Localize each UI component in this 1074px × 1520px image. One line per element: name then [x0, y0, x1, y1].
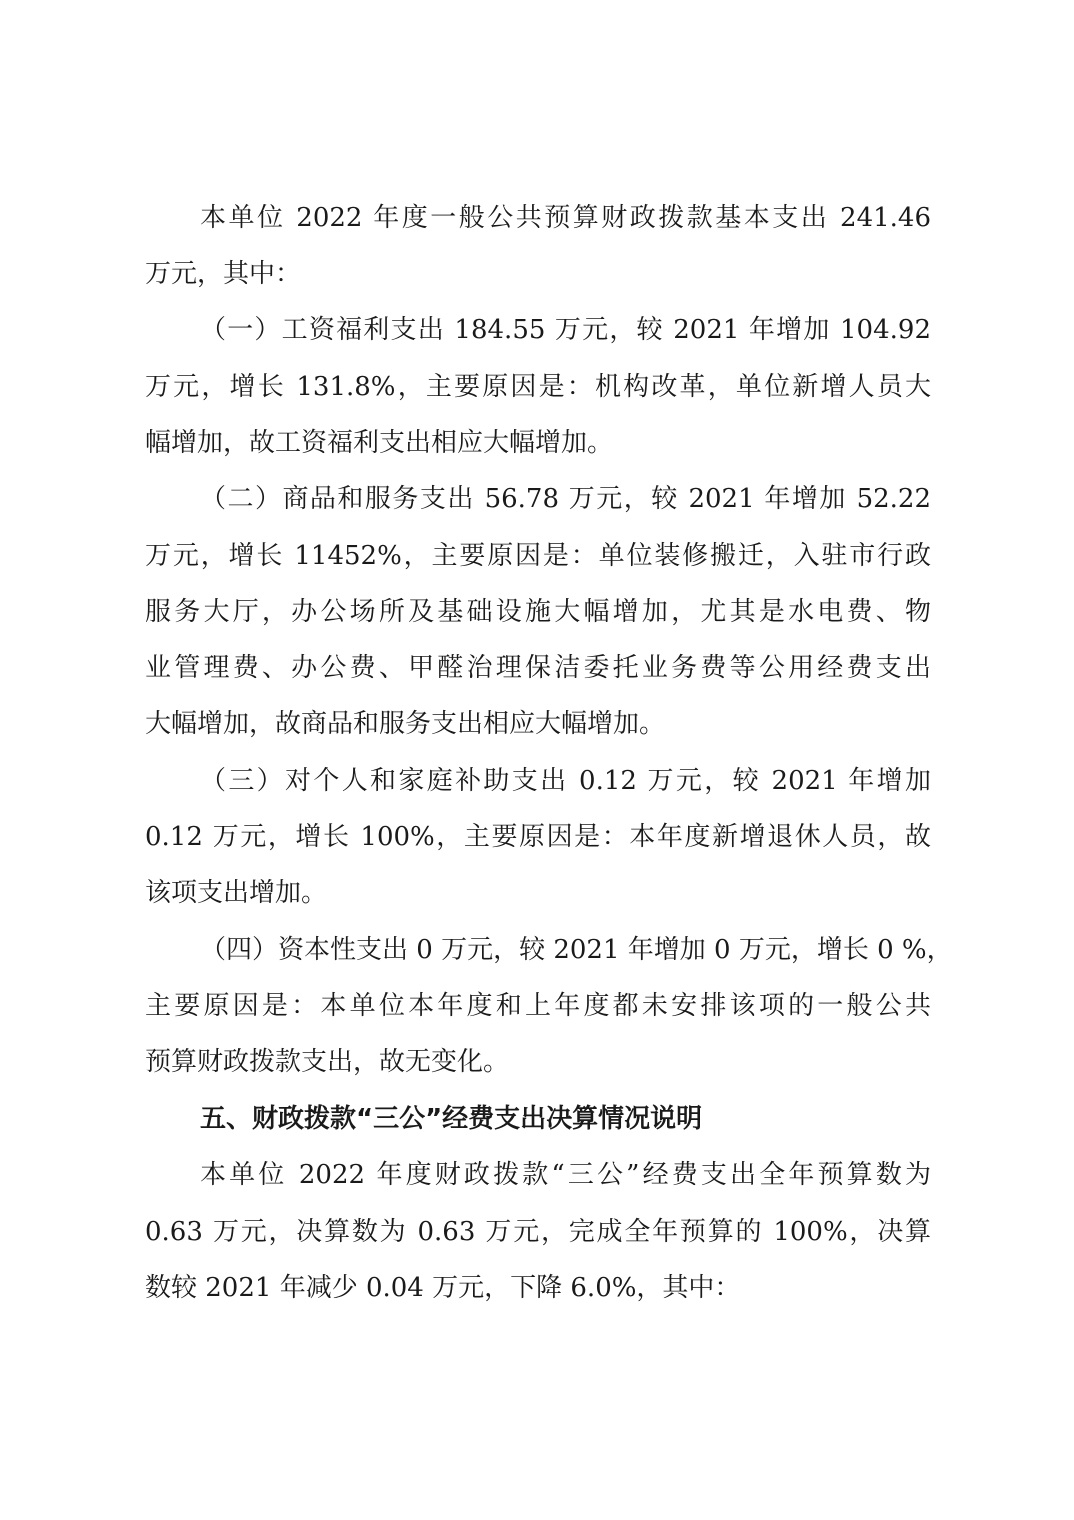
paragraph-capital-line: （四）资本性支出 0 万元，较 2021 年增加 0 万元，增长 0 %， — [200, 930, 931, 970]
paragraph-salary-line: 万元，增长 131.8%，主要原因是：机构改革，单位新增人员大 — [145, 367, 931, 407]
paragraph-goods-services-line: （二）商品和服务支出 56.78 万元，较 2021 年增加 52.22 — [200, 479, 931, 519]
paragraph-three-public-line: 0.63 万元，决算数为 0.63 万元，完成全年预算的 100%，决算 — [145, 1212, 931, 1252]
document-page: 本单位 2022 年度一般公共预算财政拨款基本支出 241.46 万元，其中： … — [0, 0, 1074, 1520]
paragraph-goods-services-line: 服务大厅，办公场所及基础设施大幅增加，尤其是水电费、物 — [145, 592, 931, 632]
paragraph-subsidies-line: 0.12 万元，增长 100%，主要原因是：本年度新增退休人员，故 — [145, 817, 931, 857]
paragraph-subsidies-line: （三）对个人和家庭补助支出 0.12 万元，较 2021 年增加 — [200, 761, 931, 801]
paragraph-goods-services-line: 大幅增加，故商品和服务支出相应大幅增加。 — [145, 704, 931, 744]
section-heading: 五、财政拨款“三公”经费支出决算情况说明 — [200, 1099, 931, 1139]
paragraph-capital-line: 预算财政拨款支出，故无变化。 — [145, 1042, 931, 1082]
paragraph-three-public-line: 本单位 2022 年度财政拨款“三公”经费支出全年预算数为 — [200, 1155, 931, 1195]
paragraph-capital-line: 主要原因是：本单位本年度和上年度都未安排该项的一般公共 — [145, 986, 931, 1026]
paragraph-basic-expenditure-line: 本单位 2022 年度一般公共预算财政拨款基本支出 241.46 — [200, 198, 931, 238]
paragraph-goods-services-line: 业管理费、办公费、甲醛治理保洁委托业务费等公用经费支出 — [145, 648, 931, 688]
paragraph-salary-line: 幅增加，故工资福利支出相应大幅增加。 — [145, 423, 931, 463]
paragraph-salary-line: （一）工资福利支出 184.55 万元，较 2021 年增加 104.92 — [200, 310, 931, 350]
paragraph-basic-expenditure-line: 万元，其中： — [145, 254, 931, 294]
paragraph-subsidies-line: 该项支出增加。 — [145, 873, 931, 913]
paragraph-goods-services-line: 万元，增长 11452%，主要原因是：单位装修搬迁，入驻市行政 — [145, 536, 931, 576]
paragraph-three-public-line: 数较 2021 年减少 0.04 万元，下降 6.0%，其中： — [145, 1268, 931, 1308]
